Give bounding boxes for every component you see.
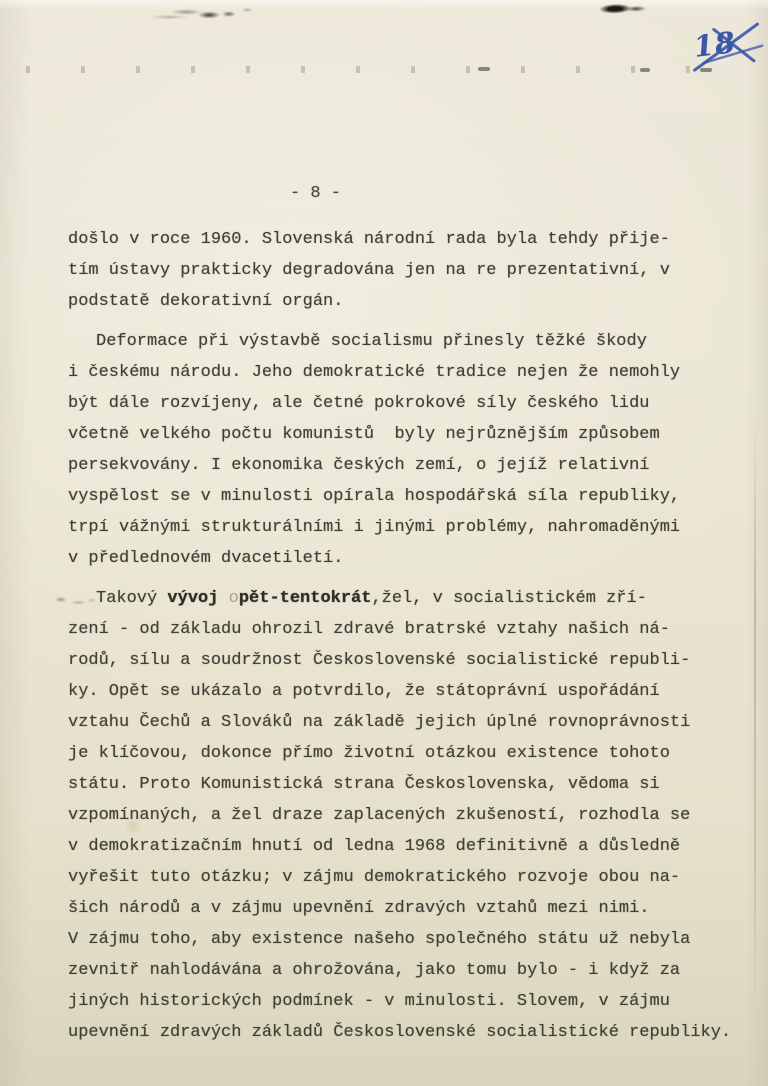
text-segment: pět-tentokrát (239, 589, 372, 608)
scan-speck (640, 68, 650, 72)
text-segment: ,žel, v socialistickém zří- (371, 589, 646, 608)
ink-smudge-top-center (597, 0, 649, 17)
text-line: i českému národu. Jeho demokratické trad… (68, 357, 763, 388)
text-line: Takový vývoj opět-tentokrát,žel, v socia… (68, 583, 763, 614)
text-segment: o (229, 589, 239, 608)
text-segment (218, 589, 228, 608)
text-line: rodů, sílu a soudržnost Československé s… (68, 645, 763, 676)
scanned-page: 18 - 8 - došlo v roce 1960. Slovenská ná… (0, 0, 768, 1086)
crossout-strokes-icon (685, 19, 768, 74)
text-line: tím ústavy prakticky degradována jen na … (68, 255, 763, 286)
handwritten-page-number: 18 (685, 19, 768, 74)
page-number: - 8 - (290, 184, 341, 203)
text-line: ky. Opět se ukázalo a potvrdilo, že stát… (68, 676, 763, 707)
text-line: podstatě dekorativní orgán. (68, 286, 763, 317)
text-line: vyřešit tuto otázku; v zájmu demokratick… (68, 862, 763, 893)
text-line: je klíčovou, dokonce přímo životní otázk… (68, 738, 763, 769)
text-line: zení - od základu ohrozil zdravé bratrsk… (68, 614, 763, 645)
text-line: vyspělost se v minulosti opírala hospodá… (68, 481, 763, 512)
text-line: Deformace při výstavbě socialismu přines… (68, 326, 763, 357)
scan-speck (478, 67, 490, 71)
paragraph: Deformace při výstavbě socialismu přines… (68, 326, 763, 574)
text-line: v předlednovém dvacetiletí. (68, 543, 763, 574)
text-line: být dále rozvíjeny, ale četné pokrokové … (68, 388, 763, 419)
text-line: zevnitř nahlodávána a ohrožována, jako t… (68, 955, 763, 986)
text-segment: vývoj (167, 589, 218, 608)
text-line: státu. Proto Komunistická strana Českosl… (68, 769, 763, 800)
text-line: jiných historických podmínek - v minulos… (68, 986, 763, 1017)
text-line: v demokratizačním hnutí od ledna 1968 de… (68, 831, 763, 862)
ink-smudge-top-left (146, 3, 261, 23)
text-line: včetně velkého počtu komunistů byly nejr… (68, 419, 763, 450)
text-line: vzpomínaných, a žel draze zaplacených zk… (68, 800, 763, 831)
document-body: došlo v roce 1960. Slovenská národní rad… (68, 224, 763, 1048)
text-line: V zájmu toho, aby existence našeho spole… (68, 924, 763, 955)
text-line: šich národů a v zájmu upevnění zdravých … (68, 893, 763, 924)
text-line: upevnění zdravých základů Československé… (68, 1017, 763, 1048)
text-line: došlo v roce 1960. Slovenská národní rad… (68, 224, 763, 255)
text-segment: Takový (96, 589, 167, 608)
paragraph: Takový vývoj opět-tentokrát,žel, v socia… (68, 583, 763, 1048)
text-line: trpí vážnými strukturálními i jinými pro… (68, 512, 763, 543)
scan-speck-row (4, 66, 730, 73)
text-line: vztahu Čechů a Slováků na základě jejich… (68, 707, 763, 738)
paragraph: došlo v roce 1960. Slovenská národní rad… (68, 224, 763, 317)
text-line: persekvovány. I ekonomika českých zemí, … (68, 450, 763, 481)
